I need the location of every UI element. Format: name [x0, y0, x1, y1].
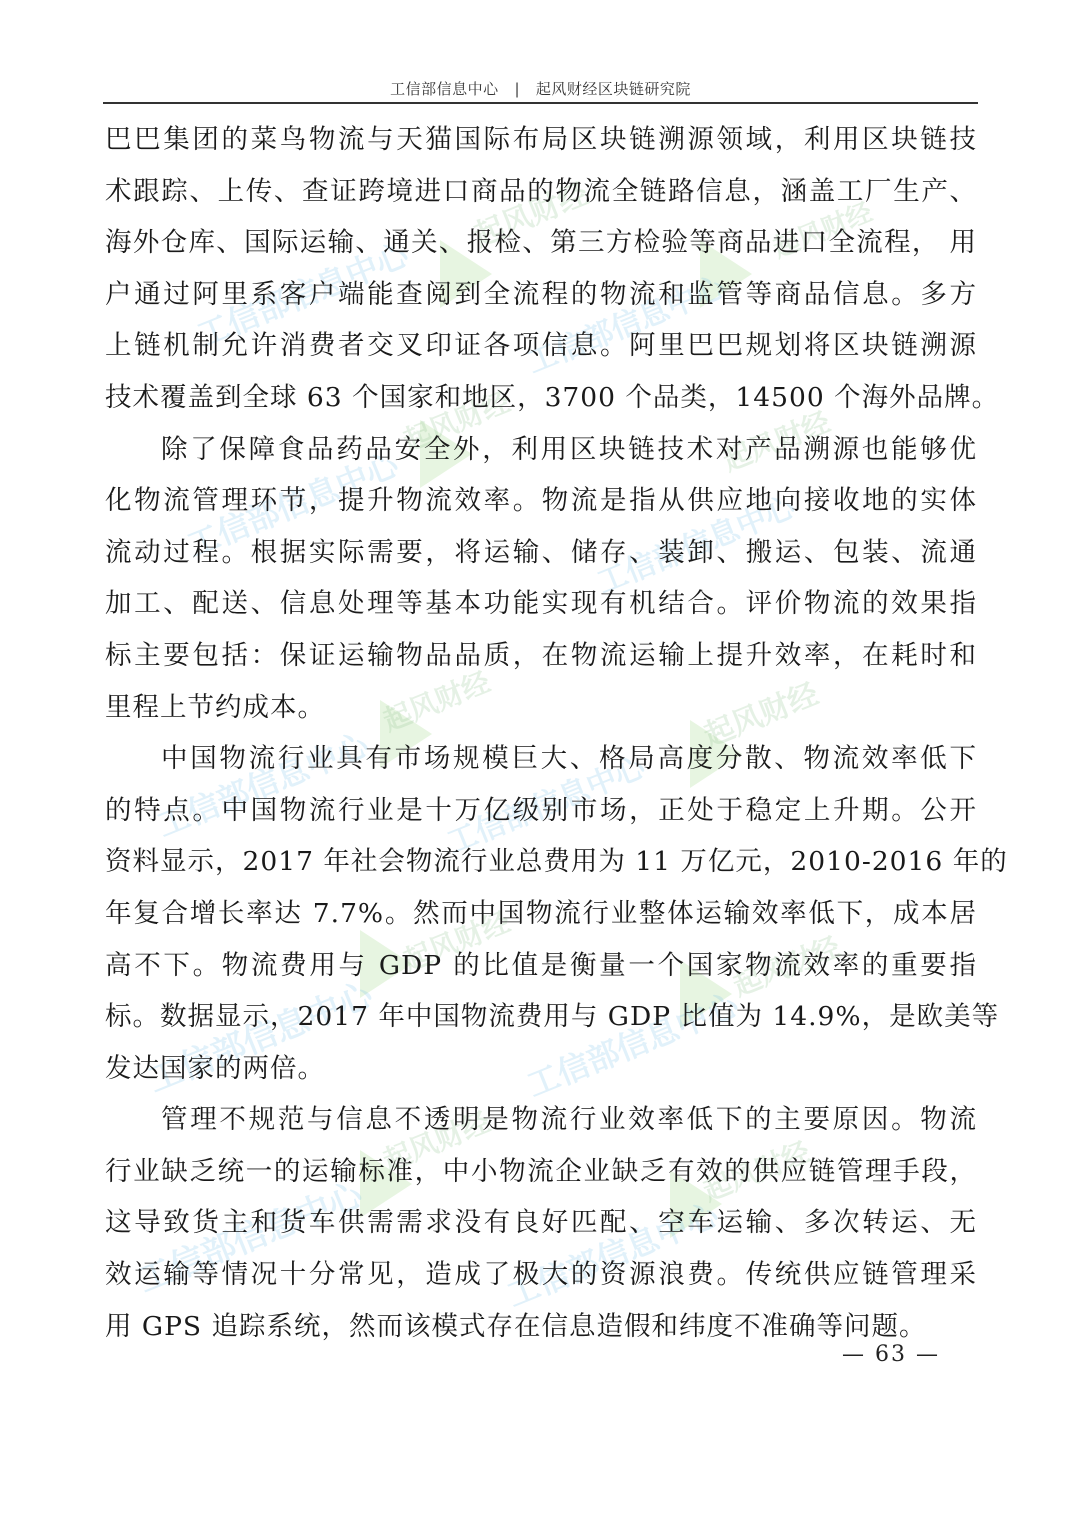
text-line: 户通过阿里系客户端能查阅到全流程的物流和监管等商品信息。多方 — [105, 269, 977, 321]
header-separator: | — [514, 80, 520, 98]
paragraph: 除了保障食品药品安全外，利用区块链技术对产品溯源也能够优 化物流管理环节，提升物… — [105, 424, 977, 734]
text-line: 年复合增长率达 7.7%。然而中国物流行业整体运输效率低下，成本居 — [105, 888, 977, 940]
text-line: 上链机制允许消费者交叉印证各项信息。阿里巴巴规划将区块链溯源 — [105, 320, 977, 372]
text-line: 加工、配送、信息处理等基本功能实现有机结合。评价物流的效果指 — [105, 578, 977, 630]
paragraph: 管理不规范与信息不透明是物流行业效率低下的主要原因。物流 行业缺乏统一的运输标准… — [105, 1094, 977, 1352]
paragraph: 巴巴集团的菜鸟物流与天猫国际布局区块链溯源领域，利用区块链技 术跟踪、上传、查证… — [105, 114, 977, 424]
header-title: 工信部信息中心 | 起风财经区块链研究院 — [103, 78, 978, 99]
text-line: 流动过程。根据实际需要，将运输、储存、装卸、搬运、包装、流通 — [105, 527, 977, 579]
text-line: 的特点。中国物流行业是十万亿级别市场，正处于稳定上升期。公开 — [105, 785, 977, 837]
header-org-left: 工信部信息中心 — [390, 80, 499, 98]
running-header: 工信部信息中心 | 起风财经区块链研究院 — [103, 74, 978, 104]
text-line: 化物流管理环节，提升物流效率。物流是指从供应地向接收地的实体 — [105, 475, 977, 527]
text-line: 效运输等情况十分常见，造成了极大的资源浪费。传统供应链管理采 — [105, 1249, 977, 1301]
text-line: 资料显示，2017 年社会物流行业总费用为 11 万亿元，2010-2016 年… — [105, 836, 977, 888]
text-line: 除了保障食品药品安全外，利用区块链技术对产品溯源也能够优 — [105, 424, 977, 476]
text-line: 技术覆盖到全球 63 个国家和地区，3700 个品类，14500 个海外品牌。 — [105, 372, 977, 424]
paragraph: 中国物流行业具有市场规模巨大、格局高度分散、物流效率低下 的特点。中国物流行业是… — [105, 733, 977, 1094]
text-line: 中国物流行业具有市场规模巨大、格局高度分散、物流效率低下 — [105, 733, 977, 785]
text-line: 术跟踪、上传、查证跨境进口商品的物流全链路信息，涵盖工厂生产、 — [105, 166, 977, 218]
text-line: 里程上节约成本。 — [105, 682, 977, 734]
text-line: 标主要包括：保证运输物品品质，在物流运输上提升效率，在耗时和 — [105, 630, 977, 682]
text-line: 行业缺乏统一的运输标准，中小物流企业缺乏有效的供应链管理手段， — [105, 1146, 977, 1198]
text-line: 巴巴集团的菜鸟物流与天猫国际布局区块链溯源领域，利用区块链技 — [105, 114, 977, 166]
document-body: 巴巴集团的菜鸟物流与天猫国际布局区块链溯源领域，利用区块链技 术跟踪、上传、查证… — [105, 114, 977, 1352]
text-line: 标。数据显示，2017 年中国物流费用与 GDP 比值为 14.9%，是欧美等 — [105, 991, 977, 1043]
text-line: 海外仓库、国际运输、通关、报检、第三方检验等商品进口全流程， 用 — [105, 217, 977, 269]
text-line: 管理不规范与信息不透明是物流行业效率低下的主要原因。物流 — [105, 1094, 977, 1146]
text-line: 这导致货主和货车供需需求没有良好匹配、空车运输、多次转运、无 — [105, 1197, 977, 1249]
header-org-right: 起风财经区块链研究院 — [536, 80, 691, 98]
text-line: 发达国家的两倍。 — [105, 1043, 977, 1095]
page-number: — 63 — — [842, 1342, 940, 1367]
text-line: 高不下。物流费用与 GDP 的比值是衡量一个国家物流效率的重要指 — [105, 940, 977, 992]
